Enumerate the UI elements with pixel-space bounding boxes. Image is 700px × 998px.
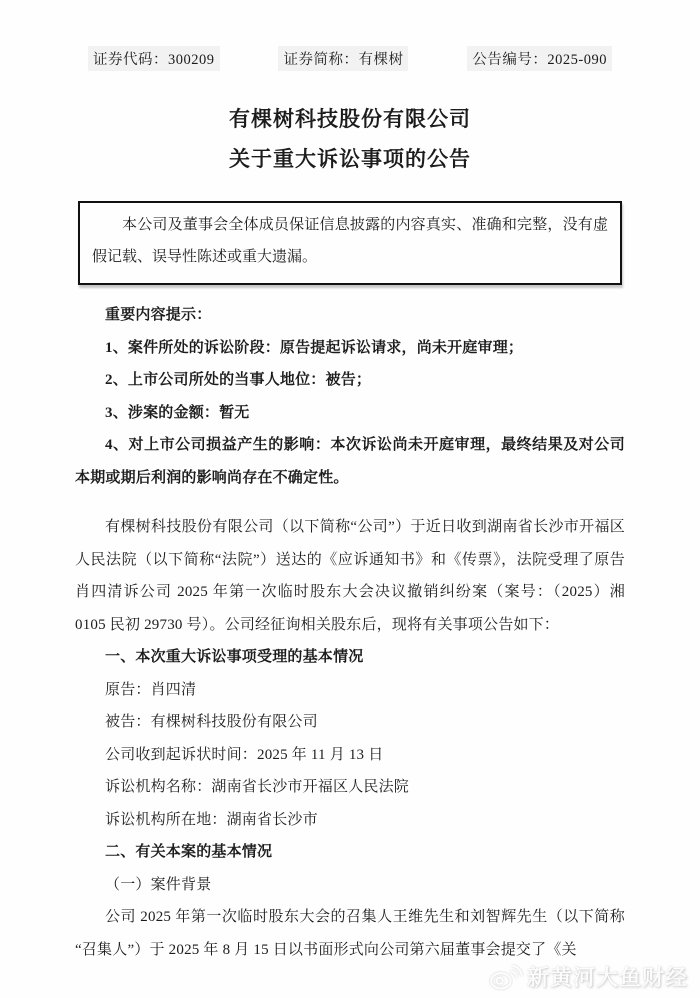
announcement-title: 关于重大诉讼事项的公告 [0, 139, 700, 179]
stock-name-label: 证券简称： [283, 52, 358, 68]
section2-subheading: （一）案件背景 [75, 869, 625, 902]
announcement-no-label: 公告编号： [472, 52, 547, 68]
doc-header: 证券代码：300209 证券简称：有棵树 公告编号：2025-090 [88, 46, 612, 71]
court-name-line: 诉讼机构名称：湖南省长沙市开福区人民法院 [75, 771, 625, 804]
highlight-item-2: 2、上市公司所处的当事人地位：被告； [75, 364, 625, 397]
case-background-paragraph: 公司 2025 年第一次临时股东大会的召集人王维先生和刘智辉先生（以下简称“召集… [75, 901, 625, 966]
section2-heading: 二、有关本案的基本情况 [75, 836, 625, 869]
received-date-line: 公司收到起诉状时间：2025 年 11 月 13 日 [75, 739, 625, 772]
doc-body: 重要内容提示： 1、案件所处的诉讼阶段：原告提起诉讼请求，尚未开庭审理； 2、上… [75, 299, 625, 966]
highlight-item-3: 3、涉案的金额：暂无 [75, 397, 625, 430]
company-title: 有棵树科技股份有限公司 [0, 99, 700, 139]
stock-name-value: 有棵树 [358, 52, 403, 68]
defendant-line: 被告：有棵树科技股份有限公司 [75, 706, 625, 739]
section1-heading: 一、本次重大诉讼事项受理的基本情况 [75, 641, 625, 674]
stock-code-chip: 证券代码：300209 [88, 46, 220, 71]
disclaimer-text: 本公司及董事会全体成员保证信息披露的内容真实、准确和完整，没有虚假记载、误导性陈… [92, 209, 608, 273]
stock-name-chip: 证券简称：有棵树 [278, 46, 408, 71]
intro-paragraph: 有棵树科技股份有限公司（以下简称“公司”）于近日收到湖南省长沙市开福区人民法院（… [75, 511, 625, 641]
court-location-line: 诉讼机构所在地：湖南省长沙市 [75, 804, 625, 837]
highlight-item-1: 1、案件所处的诉讼阶段：原告提起诉讼请求，尚未开庭审理； [75, 332, 625, 365]
weibo-icon [489, 963, 523, 991]
announcement-document: 证券代码：300209 证券简称：有棵树 公告编号：2025-090 有棵树科技… [0, 0, 700, 998]
announcement-no-chip: 公告编号：2025-090 [467, 46, 612, 71]
stock-code-value: 300209 [168, 52, 215, 68]
disclaimer-box: 本公司及董事会全体成员保证信息披露的内容真实、准确和完整，没有虚假记载、误导性陈… [78, 201, 622, 285]
plaintiff-line: 原告：肖四清 [75, 674, 625, 707]
highlights-heading: 重要内容提示： [75, 299, 625, 332]
highlight-item-4: 4、对上市公司损益产生的影响：本次诉讼尚未开庭审理，最终结果及对公司本期或期后利… [75, 429, 625, 494]
stock-code-label: 证券代码： [93, 52, 168, 68]
announcement-no-value: 2025-090 [547, 52, 607, 68]
